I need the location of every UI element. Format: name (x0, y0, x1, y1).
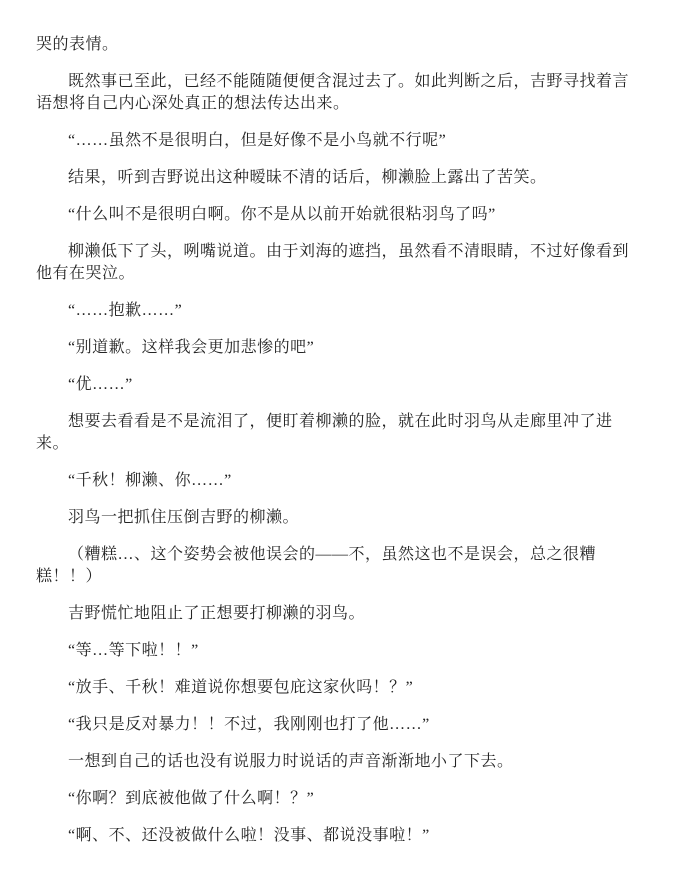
paragraph: 柳濑低下了头，咧嘴说道。由于刘海的遮挡，虽然看不清眼睛，不过好像看到他有在哭泣。 (36, 241, 632, 285)
paragraph-dialogue: “……抱歉……” (36, 300, 632, 322)
paragraph-dialogue: “你啊？到底被他做了什么啊！？” (36, 788, 632, 810)
paragraph: 想要去看看是不是流泪了，便盯着柳濑的脸，就在此时羽鸟从走廊里冲了进来。 (36, 411, 632, 455)
paragraph: 羽鸟一把抓住压倒吉野的柳濑。 (36, 507, 632, 529)
paragraph: 吉野慌忙地阻止了正想要打柳濑的羽鸟。 (36, 603, 632, 625)
document-page: 哭的表情。 既然事已至此，已经不能随随便便含混过去了。如此判断之后，吉野寻找着言… (0, 0, 680, 880)
paragraph: 既然事已至此，已经不能随随便便含混过去了。如此判断之后，吉野寻找着言语想将自己内… (36, 71, 632, 115)
paragraph-dialogue: “优……” (36, 374, 632, 396)
paragraph-dialogue: “放手、千秋！难道说你想要包庇这家伙吗！？” (36, 677, 632, 699)
paragraph: 结果，听到吉野说出这种暧昧不清的话后，柳濑脸上露出了苦笑。 (36, 167, 632, 189)
novel-text-body: 哭的表情。 既然事已至此，已经不能随随便便含混过去了。如此判断之后，吉野寻找着言… (36, 34, 632, 847)
paragraph-inner-monologue: （糟糕…、这个姿势会被他误会的——不，虽然这也不是误会，总之很糟糕！！） (36, 544, 632, 588)
paragraph-dialogue: “千秋！柳濑、你……” (36, 470, 632, 492)
paragraph-dialogue: “等…等下啦！！” (36, 640, 632, 662)
paragraph-dialogue: “啊、不、还没被做什么啦！没事、都说没事啦！” (36, 825, 632, 847)
paragraph: 一想到自己的话也没有说服力时说话的声音渐渐地小了下去。 (36, 751, 632, 773)
paragraph-dialogue: “别道歉。这样我会更加悲惨的吧” (36, 337, 632, 359)
paragraph-continuation: 哭的表情。 (36, 34, 632, 56)
paragraph-dialogue: “我只是反对暴力！！不过，我刚刚也打了他……” (36, 714, 632, 736)
paragraph-dialogue: “什么叫不是很明白啊。你不是从以前开始就很粘羽鸟了吗” (36, 204, 632, 226)
paragraph-dialogue: “……虽然不是很明白，但是好像不是小鸟就不行呢” (36, 130, 632, 152)
